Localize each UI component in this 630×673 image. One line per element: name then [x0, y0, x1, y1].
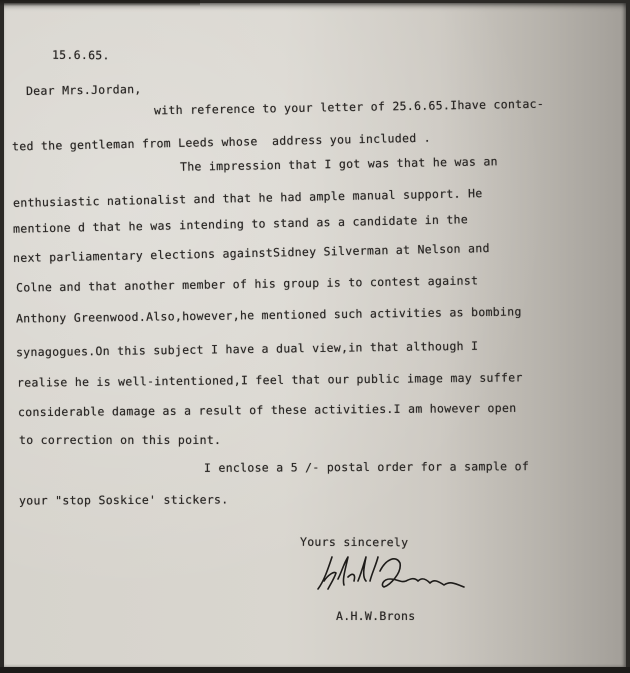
letter-salutation: Dear Mrs.Jordan, — [26, 82, 142, 98]
body-line: The impression that I got was that he wa… — [180, 154, 498, 174]
body-line: considerable damage as a result of these… — [18, 401, 517, 419]
body-line: your "stop Soskice' stickers. — [19, 492, 229, 507]
letter-closing: Yours sincerely — [300, 535, 408, 550]
body-line: realise he is well-intentioned,I feel th… — [17, 370, 523, 389]
photo-edge-shadow — [0, 0, 200, 6]
letter-date: 15.6.65. — [52, 48, 110, 63]
signatory-name: A.H.W.Brons — [336, 609, 415, 623]
body-line: mentione d that he was intending to stan… — [13, 212, 468, 236]
letter-photograph: 15.6.65. Dear Mrs.Jordan, with reference… — [0, 0, 630, 673]
body-line: ted the gentleman from Leeds whose addre… — [12, 131, 431, 154]
handwritten-signature — [314, 551, 494, 593]
body-line: Colne and that another member of his gro… — [16, 273, 478, 294]
photo-bottom-edge — [0, 667, 630, 673]
letter-page: 15.6.65. Dear Mrs.Jordan, with reference… — [4, 3, 626, 667]
body-line: enthusiastic nationalist and that he had… — [13, 186, 483, 210]
body-line: next parliamentary elections againstSidn… — [13, 241, 490, 265]
body-line: I enclose a 5 /- postal order for a samp… — [204, 459, 529, 475]
body-line: Anthony Greenwood.Also,however,he mentio… — [16, 304, 522, 325]
body-line: to correction on this point. — [19, 433, 221, 447]
body-line: with reference to your letter of 25.6.65… — [154, 97, 544, 118]
body-line: synagogues.On this subject I have a dual… — [16, 339, 478, 359]
